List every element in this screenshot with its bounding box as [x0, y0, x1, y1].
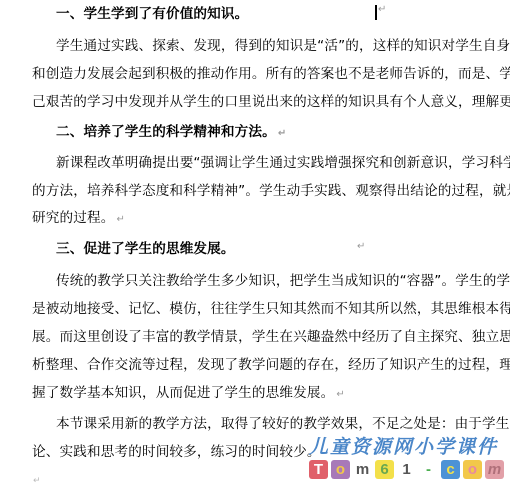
paragraph-line[interactable]: 研究的过程。↵ — [32, 210, 488, 228]
logo-tile: c — [441, 460, 460, 479]
paragraph-mark-icon: ↵ — [357, 241, 365, 252]
logo-tile: 6 — [375, 460, 394, 479]
line-text: 的方法，培养科学态度和科学精神”。学生动手实践、观察得出结论的过程，就是科学 — [32, 183, 510, 199]
paragraph-line[interactable]: 学生通过实践、探索、发现，得到的知识是“活”的，这样的知识对学生自身智力 — [56, 38, 488, 54]
paragraph-line[interactable]: 和创造力发展会起到积极的推动作用。所有的答案也不是老师告诉的，而是、学生在自 — [32, 66, 488, 82]
line-text: 析整理、合作交流等过程，发现了教学问题的存在，经历了知识产生的过程，理解和掌 — [32, 357, 510, 373]
heading-text: 一、学生学到了有价值的知识。 — [56, 6, 248, 22]
paragraph-line[interactable]: 是被动地接受、记忆、模仿，往往学生只知其然而不知其所以然，其思维根本得不到发 — [32, 301, 488, 317]
line-text: 握了数学基本知识，从而促进了学生的思维发展。 — [32, 385, 334, 401]
line-text: 学生通过实践、探索、发现，得到的知识是“活”的，这样的知识对学生自身智力 — [56, 38, 510, 54]
paragraph-line[interactable]: 新课程改革明确提出要“强调让学生通过实践增强探究和创新意识，学习科学研究 — [56, 155, 488, 171]
watermark-logo-tiles: T o m 6 1 - c o m — [309, 460, 510, 479]
line-text: 传统的教学只关注教给学生多少知识，把学生当成知识的“容器”。学生的学习只 — [56, 273, 510, 289]
site-watermark: 儿童资源网小学课件 T o m 6 1 - c o m — [309, 437, 510, 488]
document-page[interactable]: ↵ 一、学生学到了有价值的知识。 学生通过实践、探索、发现，得到的知识是“活”的… — [0, 0, 510, 488]
paragraph-line[interactable]: 的方法，培养科学态度和科学精神”。学生动手实践、观察得出结论的过程，就是科学 — [32, 183, 488, 199]
line-text: 研究的过程。 — [32, 210, 114, 226]
paragraph-line[interactable]: 传统的教学只关注教给学生多少知识，把学生当成知识的“容器”。学生的学习只 — [56, 273, 488, 289]
line-text: 本节课采用新的教学方法，取得了较好的教学效果，不足之处是：由于学生自由讨 — [56, 416, 510, 432]
paragraph-mark-icon: ↵ — [336, 389, 345, 400]
logo-tile: o — [331, 460, 350, 479]
section-heading-2[interactable]: 二、培养了学生的科学精神和方法。↵ — [56, 124, 510, 142]
paragraph-mark-icon: ↵ — [116, 214, 125, 225]
line-text: 论、实践和思考的时间较多，练习的时间较少。 — [32, 444, 321, 460]
logo-tile: - — [419, 460, 438, 479]
section-heading-1[interactable]: 一、学生学到了有价值的知识。 — [56, 6, 510, 22]
paragraph-mark-icon: ↵ — [33, 476, 41, 486]
line-text: 展。而这里创设了丰富的教学情景，学生在兴趣盎然中经历了自主探究、独立思考、分 — [32, 329, 510, 345]
line-text: 是被动地接受、记忆、模仿，往往学生只知其然而不知其所以然，其思维根本得不到发 — [32, 301, 510, 317]
paragraph-mark-icon: ↵ — [278, 128, 287, 139]
logo-tile: m — [485, 460, 504, 479]
paragraph-line[interactable]: 己艰苦的学习中发现并从学生的口里说出来的这样的知识具有个人意义，理解更深刻。↵ — [32, 94, 488, 112]
logo-tile: o — [463, 460, 482, 479]
logo-tile: 1 — [397, 460, 416, 479]
logo-tile: m — [353, 460, 372, 479]
heading-text: 三、促进了学生的思维发展。 — [56, 241, 235, 257]
paragraph-line[interactable]: 握了数学基本知识，从而促进了学生的思维发展。↵ — [32, 385, 488, 403]
paragraph-line[interactable]: 本节课采用新的教学方法，取得了较好的教学效果，不足之处是：由于学生自由讨 — [56, 416, 488, 432]
watermark-chinese-text: 儿童资源网小学课件 — [309, 437, 510, 457]
line-text: 己艰苦的学习中发现并从学生的口里说出来的这样的知识具有个人意义，理解更深刻。 — [32, 94, 510, 110]
line-text: 新课程改革明确提出要“强调让学生通过实践增强探究和创新意识，学习科学研究 — [56, 155, 510, 171]
heading-text: 二、培养了学生的科学精神和方法。 — [56, 124, 276, 140]
line-text: 和创造力发展会起到积极的推动作用。所有的答案也不是老师告诉的，而是、学生在自 — [32, 66, 510, 82]
paragraph-line[interactable]: 析整理、合作交流等过程，发现了教学问题的存在，经历了知识产生的过程，理解和掌 — [32, 357, 488, 373]
section-heading-3[interactable]: 三、促进了学生的思维发展。 — [56, 241, 510, 257]
logo-tile: T — [309, 460, 328, 479]
paragraph-line[interactable]: 展。而这里创设了丰富的教学情景，学生在兴趣盎然中经历了自主探究、独立思考、分 — [32, 329, 488, 345]
